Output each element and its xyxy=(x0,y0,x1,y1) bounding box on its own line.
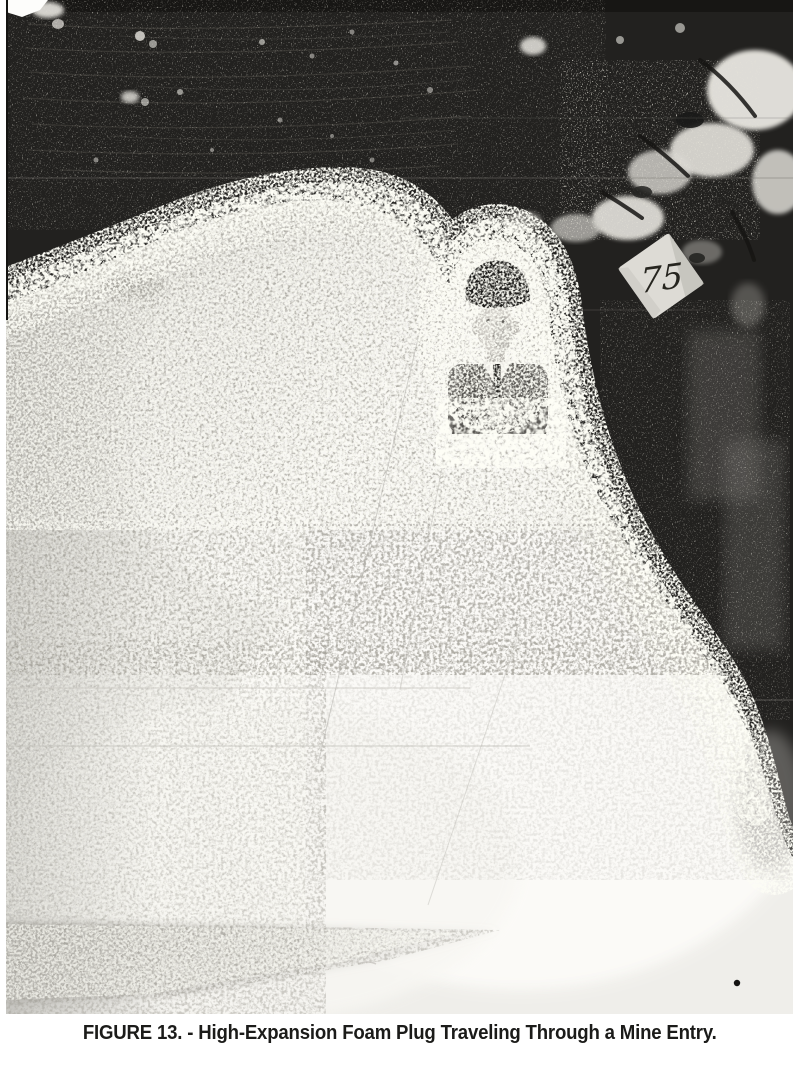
miner-figure xyxy=(417,226,573,468)
figure-caption-text: FIGURE 13. - High-Expansion Foam Plug Tr… xyxy=(83,1022,717,1045)
figure-photo: 75 xyxy=(0,0,800,1014)
station-marker-number: 75 xyxy=(640,256,683,302)
ink-speck xyxy=(734,980,740,986)
mine-foam-photograph: 75 xyxy=(0,0,800,1014)
miner-foam-front xyxy=(436,398,566,468)
faint-dot xyxy=(220,931,223,934)
document-page: 75 FIGURE 13. - High-Expansion Fo xyxy=(0,0,800,1069)
photo-left-border xyxy=(4,0,8,320)
sign-shadow-patch xyxy=(689,253,705,263)
figure-caption: FIGURE 13. - High-Expansion Foam Plug Tr… xyxy=(0,1022,800,1045)
